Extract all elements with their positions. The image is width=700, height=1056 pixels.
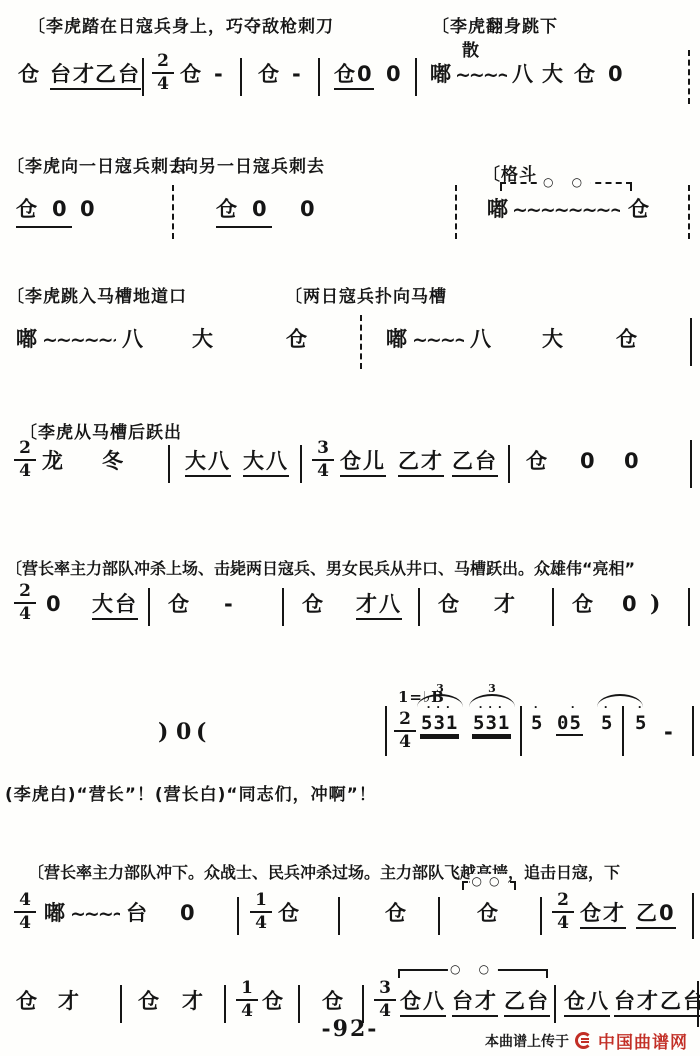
beat-syllable: 0 bbox=[624, 449, 641, 473]
beat-syllable: 大八 bbox=[185, 449, 231, 477]
beat-syllable: 仓 bbox=[258, 62, 281, 86]
time-signature-numerator: 1 bbox=[236, 980, 258, 1001]
time-signature-numerator: 2 bbox=[14, 440, 36, 461]
notation-row: )0(24···531···531·5 ·05·5·5-33 bbox=[0, 716, 700, 762]
beat-syllable: 仓 bbox=[138, 989, 161, 1013]
barline bbox=[552, 588, 554, 626]
stage-caption: 〔李虎从马槽后跃出 bbox=[20, 418, 182, 443]
repeat-bracket: ○ ○ bbox=[398, 969, 548, 977]
beat-syllable: - bbox=[664, 720, 675, 744]
beat-syllable: 仓 bbox=[438, 592, 461, 616]
beat-syllable: 仓 bbox=[572, 592, 595, 616]
barline bbox=[148, 588, 150, 626]
time-signature: 24 bbox=[152, 53, 174, 93]
notation-row: 仓才仓才14仓仓34仓八台才乙台仓八台才乙台○ ○ bbox=[0, 985, 700, 1031]
beat-syllable: 仓0 bbox=[334, 62, 374, 90]
triplet-arc: 3 bbox=[469, 694, 515, 707]
beat-syllable: 0 bbox=[252, 197, 269, 221]
jianpu-note: ·5 bbox=[530, 704, 544, 734]
barline bbox=[692, 893, 694, 939]
time-signature-denominator: 4 bbox=[236, 1003, 258, 1020]
beat-syllable: 乙台 bbox=[452, 449, 498, 477]
beat-syllable: 仓 bbox=[302, 592, 325, 616]
beat-syllable: 台才 bbox=[452, 989, 498, 1017]
beat-syllable: - bbox=[214, 62, 225, 86]
time-signature-numerator: 1 bbox=[250, 892, 272, 913]
jianpu-note: ·5 bbox=[600, 704, 614, 734]
beat-syllable: 0 bbox=[622, 592, 639, 616]
beat-syllable: 0 bbox=[176, 720, 191, 744]
time-signature-numerator: 2 bbox=[394, 711, 416, 732]
barline bbox=[300, 445, 302, 483]
time-signature-numerator: 3 bbox=[312, 440, 334, 461]
barline bbox=[688, 588, 690, 626]
beat-syllable: 0 bbox=[46, 592, 63, 616]
barline bbox=[120, 985, 122, 1023]
watermark-logo-icon bbox=[575, 1032, 592, 1049]
jianpu-note: ···531 bbox=[420, 704, 459, 736]
stage-caption: 〔李虎向一日寇兵刺去 bbox=[7, 152, 187, 177]
barline bbox=[298, 985, 300, 1023]
dashed-barline bbox=[455, 185, 457, 239]
repeat-bracket: ○○ bbox=[462, 881, 516, 889]
watermark-prefix: 本曲谱上传于 bbox=[485, 1031, 569, 1051]
beat-syllable: ( bbox=[196, 720, 206, 744]
beat-syllable: 才 bbox=[182, 989, 205, 1013]
time-signature-numerator: 2 bbox=[152, 53, 174, 74]
beat-syllable: 台才 bbox=[50, 62, 96, 90]
beat-syllable: 嘟 bbox=[386, 327, 409, 351]
beat-syllable: 仓 bbox=[286, 327, 309, 351]
barline bbox=[385, 706, 387, 756]
beat-syllable: 仓 bbox=[16, 989, 39, 1013]
beat-syllable: 仓八 bbox=[400, 989, 446, 1017]
repeat-circles: ○○ bbox=[470, 874, 509, 888]
time-signature-denominator: 4 bbox=[312, 463, 334, 480]
beat-syllable: 0 bbox=[608, 62, 625, 86]
tie-arc bbox=[597, 694, 643, 707]
time-signature-numerator: 4 bbox=[14, 892, 36, 913]
drumroll-wave: ~~~~~~~~~~~~ bbox=[412, 329, 464, 351]
octave-dots: · bbox=[530, 704, 544, 712]
beat-syllable: 嘟 bbox=[430, 62, 453, 86]
time-signature: 14 bbox=[236, 980, 258, 1020]
beat-syllable: 仓 bbox=[168, 592, 191, 616]
stage-caption: 〔李虎踏在日寇兵身上，巧夺敌枪刺刀 bbox=[28, 12, 334, 37]
repeat-bracket-right bbox=[495, 969, 548, 978]
barline bbox=[338, 897, 340, 935]
score-page: -92- 本曲谱上传于 中国曲谱网 〔李虎踏在日寇兵身上，巧夺敌枪刺刀〔李虎翻身… bbox=[0, 0, 700, 1056]
beat-underline bbox=[216, 226, 272, 228]
time-signature-denominator: 4 bbox=[250, 915, 272, 932]
stage-caption: 〔营长率主力部队冲下。众战士、民兵冲杀过场。主力部队飞越高墙，追击日寇，下 bbox=[28, 860, 620, 883]
notation-row: 44嘟~~~~~~~~~~台014仓仓仓24仓才乙0○○ bbox=[0, 897, 700, 943]
beat-syllable: 大 bbox=[192, 327, 215, 351]
beat-syllable: 乙0 bbox=[636, 901, 676, 929]
beat-syllable: 才 bbox=[58, 989, 81, 1013]
watermark-brand: 中国曲谱网 bbox=[598, 1028, 688, 1053]
barline bbox=[690, 440, 692, 488]
beat-syllable: ) bbox=[650, 592, 660, 616]
beat-syllable: 仓 bbox=[18, 62, 41, 86]
barline bbox=[692, 706, 694, 756]
drumroll-wave: ~~~~~~~~~~~~~~~~~~~~~~ bbox=[512, 199, 620, 221]
beat-syllable: 0 bbox=[386, 62, 403, 86]
beat-syllable: 八 bbox=[470, 327, 493, 351]
barline bbox=[362, 985, 364, 1023]
time-signature-numerator: 2 bbox=[14, 583, 36, 604]
barline bbox=[168, 445, 170, 483]
dashed-barline bbox=[360, 315, 362, 369]
beat-syllable: 八 bbox=[512, 62, 535, 86]
barline bbox=[622, 706, 624, 756]
beat-syllable: 嘟 bbox=[487, 197, 510, 221]
beat-syllable: 乙台 bbox=[504, 989, 550, 1017]
time-signature-numerator: 2 bbox=[552, 892, 574, 913]
repeat-bracket-right bbox=[585, 182, 632, 191]
beat-syllable: 乙台 bbox=[95, 62, 141, 90]
time-signature-denominator: 4 bbox=[14, 463, 36, 480]
beat-syllable: 龙 bbox=[42, 449, 65, 473]
octave-dots: · bbox=[556, 704, 583, 712]
beat-syllable: 仓 bbox=[574, 62, 597, 86]
jianpu-note: ···531 bbox=[472, 704, 511, 736]
time-signature-denominator: 4 bbox=[14, 606, 36, 623]
jianpu-digits: 531 bbox=[420, 712, 459, 736]
beat-syllable: 仓 bbox=[477, 901, 500, 925]
jianpu-digits: 5 bbox=[530, 712, 544, 734]
stage-caption: 〔两日寇兵扑向马槽 bbox=[285, 282, 447, 307]
beat-syllable: 仓才 bbox=[580, 901, 626, 929]
repeat-circles: ○ ○ bbox=[448, 962, 498, 976]
jianpu-note: ·5 bbox=[634, 704, 648, 734]
stage-caption: 〔营长率主力部队冲杀上场、击毙两日寇兵、男女民兵从井口、马槽跃出。众雄伟“亮相” bbox=[6, 556, 635, 579]
triplet-label: 3 bbox=[488, 682, 496, 695]
dashed-barline bbox=[172, 185, 174, 239]
beat-syllable: 0 bbox=[52, 197, 69, 221]
stage-caption: (李虎白)“营长”！(营长白)“同志们，冲啊”！ bbox=[5, 780, 377, 805]
beat-syllable: 大 bbox=[542, 62, 565, 86]
beat-syllable: 冬 bbox=[102, 449, 125, 473]
time-signature: 24 bbox=[394, 711, 416, 751]
beat-syllable: 大八 bbox=[243, 449, 289, 477]
notation-row: 240大台仓-仓才八仓才仓0) bbox=[0, 588, 700, 634]
stage-caption: 〔向另一日寇兵刺去 bbox=[163, 152, 325, 177]
time-signature: 24 bbox=[14, 440, 36, 480]
beat-syllable: 仓 bbox=[526, 449, 549, 473]
beat-syllable: 0 bbox=[300, 197, 317, 221]
barline bbox=[690, 318, 692, 366]
notation-row: 仓台才乙台24仓-仓-仓00嘟~~~~~~~~~~~~八大仓0 bbox=[0, 58, 700, 104]
beat-syllable: 仓 bbox=[180, 62, 203, 86]
drumroll-wave: ~~~~~~~~~~~~ bbox=[455, 64, 507, 86]
time-signature: 24 bbox=[552, 892, 574, 932]
beat-syllable: 0 bbox=[580, 449, 597, 473]
time-signature: 44 bbox=[14, 892, 36, 932]
notation-row: 嘟~~~~~~~~~~~~~~~~八大仓嘟~~~~~~~~~~~~八大仓 bbox=[0, 323, 700, 369]
beat-syllable: 仓 bbox=[262, 989, 285, 1013]
beat-syllable: 仓 bbox=[216, 197, 239, 221]
beat-syllable: ) bbox=[158, 720, 168, 744]
stage-caption: 〔李虎翻身跳下 bbox=[432, 12, 558, 37]
beat-syllable: 台才 bbox=[614, 989, 660, 1017]
beat-syllable: 仓 bbox=[278, 901, 301, 925]
jianpu-digits: 5 bbox=[634, 712, 648, 734]
beat-underline bbox=[16, 226, 72, 228]
beat-syllable: - bbox=[224, 592, 235, 616]
barline bbox=[520, 706, 522, 756]
beat-syllable: 仓 bbox=[16, 197, 39, 221]
time-signature: 34 bbox=[374, 980, 396, 1020]
beat-syllable: 仓儿 bbox=[340, 449, 386, 477]
beat-syllable: 仓 bbox=[616, 327, 639, 351]
beat-syllable: 仓 bbox=[385, 901, 408, 925]
barline bbox=[540, 897, 542, 935]
beat-syllable: 嘟 bbox=[44, 901, 67, 925]
barline bbox=[282, 588, 284, 626]
barline bbox=[418, 588, 420, 626]
beat-syllable: 0 bbox=[180, 901, 197, 925]
time-signature-denominator: 4 bbox=[394, 734, 416, 751]
notation-row: 24龙冬大八大八34仓儿乙才乙台仓00 bbox=[0, 445, 700, 491]
jianpu-digits: 5 bbox=[600, 712, 614, 734]
beat-syllable: 仓 bbox=[628, 197, 651, 221]
beat-syllable: 0 bbox=[80, 197, 97, 221]
beat-syllable: 嘟 bbox=[16, 327, 39, 351]
repeat-bracket-left bbox=[500, 182, 547, 191]
barline bbox=[697, 981, 699, 1027]
time-signature-denominator: 4 bbox=[374, 1003, 396, 1020]
barline bbox=[142, 58, 144, 96]
dashed-barline bbox=[688, 50, 690, 104]
beat-syllable: 才八 bbox=[356, 592, 402, 620]
beat-syllable: 大台 bbox=[92, 592, 138, 620]
beat-syllable: 大 bbox=[542, 327, 565, 351]
repeat-bracket: ○ ○ bbox=[500, 182, 632, 190]
barline bbox=[224, 985, 226, 1023]
watermark: 本曲谱上传于 中国曲谱网 bbox=[485, 1028, 688, 1053]
notation-row: 仓00仓00嘟~~~~~~~~~~~~~~~~~~~~~~仓○ ○ bbox=[0, 193, 700, 239]
jianpu-digits: 531 bbox=[472, 712, 511, 736]
time-signature-denominator: 4 bbox=[552, 915, 574, 932]
barline bbox=[237, 897, 239, 935]
jianpu-digits: 05 bbox=[556, 712, 583, 736]
barline bbox=[415, 58, 417, 96]
time-signature: 34 bbox=[312, 440, 334, 480]
drumroll-wave: ~~~~~~~~~~ bbox=[70, 903, 120, 925]
beat-syllable: 台 bbox=[126, 901, 149, 925]
beat-syllable: 八 bbox=[122, 327, 145, 351]
time-signature: 24 bbox=[14, 583, 36, 623]
jianpu-note: ·05 bbox=[556, 704, 583, 736]
time-signature-numerator: 3 bbox=[374, 980, 396, 1001]
beat-syllable: 乙才 bbox=[398, 449, 444, 477]
barline bbox=[508, 445, 510, 483]
repeat-circles: ○ ○ bbox=[541, 175, 591, 189]
time-signature-denominator: 4 bbox=[14, 915, 36, 932]
time-signature: 14 bbox=[250, 892, 272, 932]
dashed-barline bbox=[688, 185, 690, 239]
stage-caption: 〔李虎跳入马槽地道口 bbox=[7, 282, 187, 307]
triplet-label: 3 bbox=[436, 682, 444, 695]
repeat-bracket-left bbox=[398, 969, 451, 978]
barline bbox=[318, 58, 320, 96]
beat-syllable: 乙台 bbox=[660, 989, 700, 1017]
time-signature-denominator: 4 bbox=[152, 76, 174, 93]
beat-syllable: - bbox=[292, 62, 303, 86]
beat-syllable: 仓 bbox=[322, 989, 345, 1013]
drumroll-wave: ~~~~~~~~~~~~~~~~ bbox=[42, 329, 116, 351]
barline bbox=[554, 985, 556, 1023]
beat-syllable: 仓八 bbox=[564, 989, 610, 1017]
beat-syllable: 才 bbox=[494, 592, 517, 616]
barline bbox=[240, 58, 242, 96]
barline bbox=[438, 897, 440, 935]
